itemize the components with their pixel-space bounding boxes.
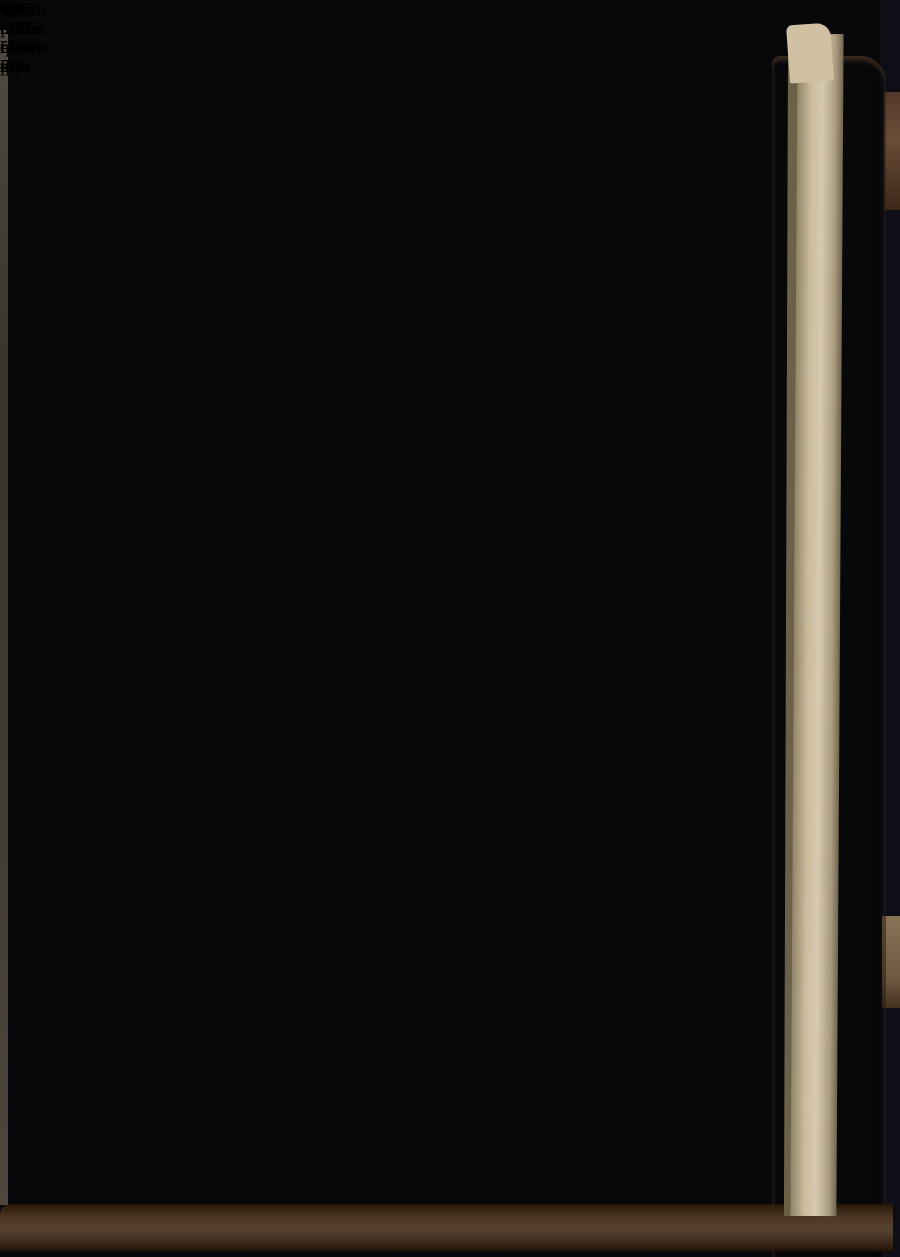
fore-edge-pages [750, 1028, 826, 1212]
manuscript-photo: 1 [0, 0, 900, 1257]
left-page-edge [0, 30, 8, 1205]
margin-mark: z [0, 0, 8, 19]
adjacent-binding-edge [884, 92, 900, 210]
fore-edge-pages [786, 23, 834, 84]
